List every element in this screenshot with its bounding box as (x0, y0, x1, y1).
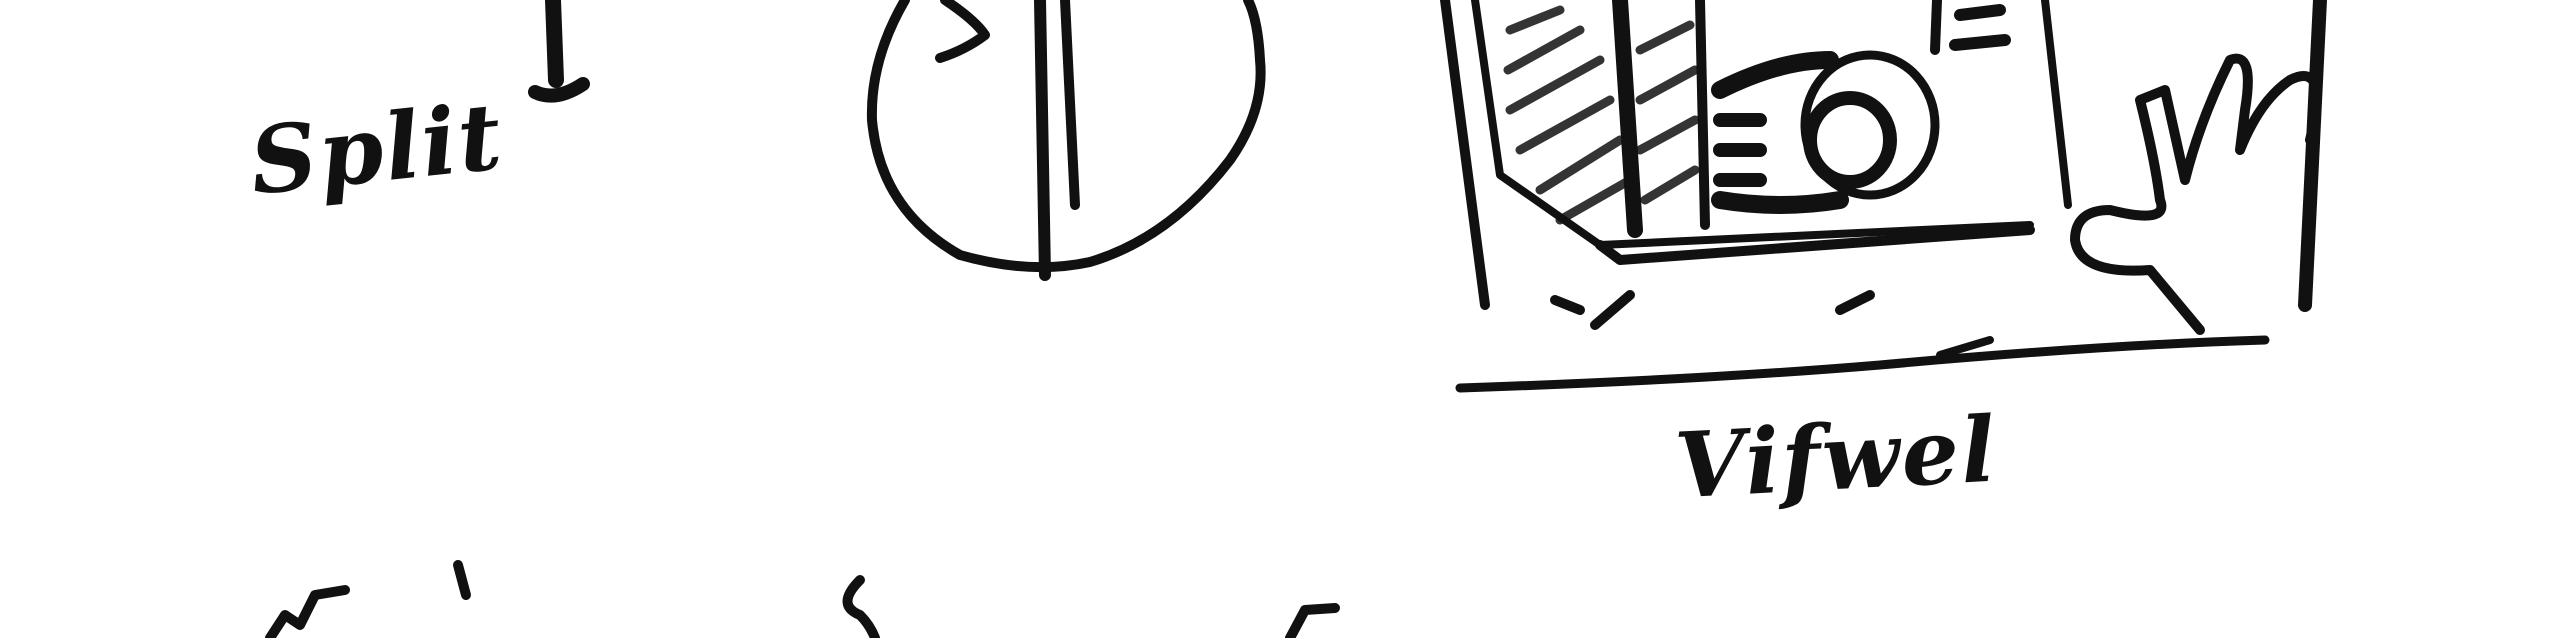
label-visual: Vifwel (1672, 397, 1999, 520)
partial-sketch-strokes (270, 565, 1335, 638)
camera-icon (1445, 0, 2265, 388)
hand-icon (2075, 0, 2320, 330)
pie-chart-icon (872, 0, 1261, 275)
pen-stroke-mark (535, 0, 583, 96)
